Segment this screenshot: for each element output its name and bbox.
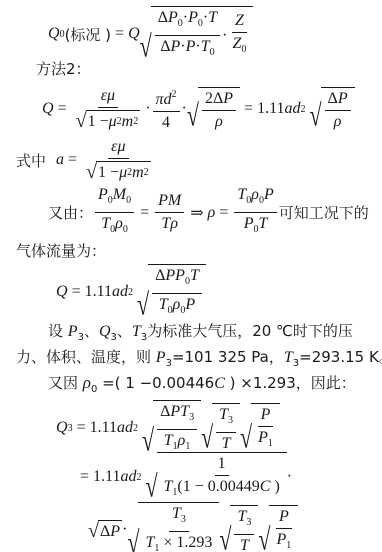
formula-a-definition: 式中 a = εμ √1 − μ2m2	[16, 138, 156, 182]
method-2-heading: 方法2：	[36, 58, 91, 79]
equals-sign: =	[58, 100, 67, 118]
formula-q-method2: Q = εμ √1 − μ2m2 · πd2 4 · √ 2ΔPρ = 1.11…	[42, 86, 355, 132]
numerator: εμ	[108, 138, 128, 159]
sqrt-expression: √ ΔPρ	[309, 87, 354, 131]
numerator: Z	[232, 12, 247, 33]
radical-icon: √	[76, 110, 87, 131]
dot-operator: ·	[287, 468, 292, 486]
radical-icon: √	[127, 480, 139, 552]
coefficient: 1.11	[257, 100, 284, 118]
symbol-q: Q	[56, 419, 68, 437]
formula-q-operating: Q = 1.11ad2 √ ΔPP0TT0ρ0P	[56, 264, 206, 320]
numerator: 1	[215, 455, 229, 476]
formula-density-derivation: 又由： P0M0T0ρ0 = PMTρ ⇒ ρ = T0ρ0PP0T 可知工况下…	[48, 186, 369, 239]
symbol-q: Q	[42, 100, 54, 118]
symbol-ad: ad	[117, 419, 133, 437]
coefficient: 1.11	[90, 419, 117, 437]
also-from-label: 又由：	[48, 202, 93, 223]
formula-q3: Q3 = 1.11ad2 √ΔPT3T1ρ1 √T3T √PP1	[56, 400, 280, 456]
equals-sign: =	[244, 100, 253, 118]
symbol-q: Q	[48, 25, 60, 43]
coefficient: 1.11	[85, 283, 112, 301]
symbol-ad: ad	[284, 100, 300, 118]
numerator: εμ	[98, 87, 118, 108]
flow-rate-label: 气体流量为：	[16, 240, 106, 261]
symbol-a: a	[56, 151, 64, 169]
radical-icon: √	[219, 485, 231, 552]
radical-icon: √	[240, 383, 252, 453]
formula-q3-continued: √ΔP· √T3T1 × 1.293 √T3T √PP1	[88, 502, 298, 552]
radical-icon: √	[187, 69, 199, 131]
radical-icon: √	[145, 432, 157, 502]
text-tail: 可知工况下的	[279, 202, 369, 223]
fraction: εμ √1 − μ2m2	[83, 138, 154, 182]
symbol-rho: ρ	[208, 204, 216, 222]
radical-icon: √	[201, 383, 213, 453]
formula-q0-standard: Q0 (标况 ) = Q √ ΔP0·P0·T ΔP·P·T0 · Z Z0	[48, 6, 253, 62]
radical-icon: √	[88, 520, 99, 541]
fraction: ΔP0·P0·T ΔP·P·T0	[155, 9, 220, 62]
equals-sign: =	[68, 151, 77, 169]
symbol-q: Q	[56, 283, 68, 301]
sqrt-expression: √ ΔP0·P0·T ΔP·P·T0 · Z Z0	[140, 6, 254, 62]
implies-arrow: ⇒	[190, 203, 203, 223]
sqrt-expression: √ ΔPP0TT0ρ0P	[137, 264, 206, 320]
paragraph-standard-conditions-line2: 力、体积、温度，则 P3=101 325 Pa，T3=293.15 K。	[16, 346, 382, 369]
symbol-q: Q	[128, 25, 140, 43]
label-standard-condition: (标况 )	[65, 24, 111, 45]
subscript: 3	[68, 423, 73, 434]
fraction: εμ √1 − μ2m2	[73, 87, 144, 131]
radical-icon: √	[140, 0, 152, 62]
radical-icon: √	[86, 161, 97, 182]
coefficient: 1.11	[93, 468, 120, 486]
fraction-z: Z Z0	[229, 12, 249, 59]
paragraph-standard-conditions-line1: 设 P3、Q3、T3为标准大气压，20 ℃时下的压	[48, 320, 353, 343]
fraction: πd2 4	[153, 86, 180, 132]
equals-sign: =	[115, 25, 124, 43]
denominator: 4	[159, 112, 173, 132]
subscript: 0	[241, 44, 246, 55]
radical-icon: √	[309, 69, 321, 131]
radical-icon: √	[258, 485, 270, 552]
radical-icon: √	[137, 242, 149, 320]
symbol-ad: ad	[112, 283, 128, 301]
where-label: 式中	[16, 150, 46, 171]
sqrt-expression: √ 2ΔPρ	[187, 87, 240, 131]
